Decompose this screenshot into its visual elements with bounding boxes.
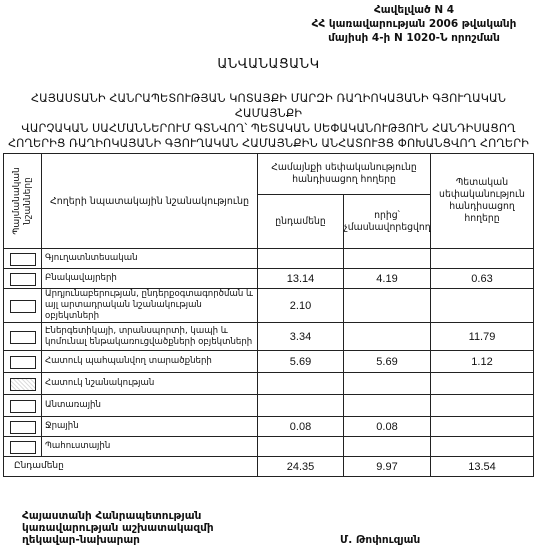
table-row: Արդյունաբերության, ընդերքօգտագործման և ա… — [4, 289, 534, 323]
table-row: Պահուստային — [4, 437, 534, 457]
document-title: ԱՆՎԱՆԱՑԱՆԿ — [0, 57, 537, 72]
legend-symbol-cell — [4, 395, 42, 417]
value-total: 2.10 — [258, 289, 344, 323]
legend-symbol-cell — [4, 269, 42, 289]
value-nonprivatized — [344, 289, 431, 323]
header-community: Համայնքի սեփականությունը հանդիսացող հողե… — [258, 154, 431, 195]
value-state — [431, 437, 534, 457]
totals-label: Ընդամենը — [4, 457, 258, 477]
value-state — [431, 249, 534, 269]
header-community-nonprivatized: որից՝ չմասնավորեցվող — [344, 195, 431, 249]
value-state: 1.12 — [431, 351, 534, 373]
value-nonprivatized — [344, 373, 431, 395]
table-row: Բնակավայրերի13.144.190.63 — [4, 269, 534, 289]
value-nonprivatized — [344, 249, 431, 269]
legend-swatch-icon — [10, 378, 36, 391]
value-state — [431, 289, 534, 323]
header-purpose: Հողերի նպատակային նշանակությունը — [42, 154, 258, 249]
value-total — [258, 249, 344, 269]
document-subtitle: ՀԱՅԱՍՏԱՆԻ ՀԱՆՐԱՊԵՏՈՒԹՅԱՆ ԿՈՏԱՅՔԻ ՄԱՐԶԻ Ռ… — [0, 91, 537, 151]
land-table: Պայմանական նշանները Հողերի նպատակային նշ… — [3, 153, 534, 477]
header-symbols-line: նշանները — [23, 167, 34, 235]
legend-symbol-cell — [4, 373, 42, 395]
header-state: Պետական սեփականություն հանդիսացող հողերը — [431, 154, 534, 249]
land-purpose-name: Պահուստային — [42, 437, 258, 457]
value-nonprivatized — [344, 323, 431, 351]
table-row: Էներգետիկայի, տրանսպորտի, կապի և կոմունա… — [4, 323, 534, 351]
legend-swatch-icon — [10, 400, 36, 413]
table-row: Անտառային — [4, 395, 534, 417]
value-nonprivatized: 4.19 — [344, 269, 431, 289]
value-state — [431, 395, 534, 417]
totals-state: 13.54 — [431, 457, 534, 477]
value-total — [258, 437, 344, 457]
legend-swatch-icon — [10, 421, 36, 434]
value-state — [431, 417, 534, 437]
signatory-position: Հայաստանի Հանրապետության կառավարության ա… — [22, 510, 214, 546]
annex-decision-date: մայիսի 4-ի N 1020-Ն որոշման — [299, 31, 529, 45]
legend-symbol-cell — [4, 323, 42, 351]
land-purpose-name: Գյուղատնտեսական — [42, 249, 258, 269]
position-line: Հայաստանի Հանրապետության — [22, 510, 214, 522]
table-row: Հատուկ նշանակության — [4, 373, 534, 395]
value-total — [258, 395, 344, 417]
annex-number: Հավելված N 4 — [299, 3, 529, 17]
signatory-name: Մ. Թոփուզյան — [340, 534, 420, 546]
legend-swatch-icon — [10, 356, 36, 369]
land-purpose-name: Ջրային — [42, 417, 258, 437]
legend-symbol-cell — [4, 249, 42, 269]
subtitle-line: ՎԱՐՉԱԿԱՆ ՍԱՀՄԱՆՆԵՐՈՒՄ ԳՏՆՎՈՂ՝ ՊԵՏԱԿԱՆ ՍԵ… — [0, 121, 537, 136]
legend-swatch-icon — [10, 300, 36, 313]
legend-swatch-icon — [10, 273, 36, 286]
position-line: կառավարության աշխատակազմի — [22, 522, 214, 534]
legend-swatch-icon — [10, 331, 36, 344]
value-nonprivatized: 0.08 — [344, 417, 431, 437]
value-state: 11.79 — [431, 323, 534, 351]
value-state: 0.63 — [431, 269, 534, 289]
value-total: 3.34 — [258, 323, 344, 351]
value-total: 5.69 — [258, 351, 344, 373]
value-nonprivatized: 5.69 — [344, 351, 431, 373]
land-purpose-name: Անտառային — [42, 395, 258, 417]
totals-total: 24.35 — [258, 457, 344, 477]
totals-nonprivatized: 9.97 — [344, 457, 431, 477]
legend-swatch-icon — [10, 441, 36, 454]
land-purpose-name: Հատուկ պահպանվող տարածքների — [42, 351, 258, 373]
land-purpose-name: Բնակավայրերի — [42, 269, 258, 289]
header-community-total: ընդամենը — [258, 195, 344, 249]
land-purpose-name: Արդյունաբերության, ընդերքօգտագործման և ա… — [42, 289, 258, 323]
land-purpose-name: Էներգետիկայի, տրանսպորտի, կապի և կոմունա… — [42, 323, 258, 351]
annex-decision-line: ՀՀ կառավարության 2006 թվականի — [299, 17, 529, 31]
table-row: Գյուղատնտեսական — [4, 249, 534, 269]
subtitle-line: ՀԱՅԱՍՏԱՆԻ ՀԱՆՐԱՊԵՏՈՒԹՅԱՆ ԿՈՏԱՅՔԻ ՄԱՐԶԻ Ռ… — [0, 91, 537, 121]
land-purpose-name: Հատուկ նշանակության — [42, 373, 258, 395]
value-state — [431, 373, 534, 395]
legend-symbol-cell — [4, 289, 42, 323]
value-nonprivatized — [344, 395, 431, 417]
legend-swatch-icon — [10, 253, 36, 266]
value-total: 0.08 — [258, 417, 344, 437]
legend-symbol-cell — [4, 437, 42, 457]
legend-symbol-cell — [4, 417, 42, 437]
header-symbols: Պայմանական նշանները — [4, 154, 42, 249]
position-line: ղեկավար-նախարար — [22, 534, 214, 546]
value-total: 13.14 — [258, 269, 344, 289]
value-nonprivatized — [344, 437, 431, 457]
header-symbols-line: Պայմանական — [12, 167, 23, 235]
subtitle-line: ՀՈՂԵՐԻՑ ՌԱՂԻՈԿԱՅԱՆԻ ԳՅՈՒՂԱԿԱՆ ՀԱՄԱՅՆՔԻՆ … — [0, 136, 537, 151]
totals-row: Ընդամենը24.359.9713.54 — [4, 457, 534, 477]
annex-reference: Հավելված N 4 ՀՀ կառավարության 2006 թվակա… — [299, 3, 529, 45]
table-row: Ջրային0.080.08 — [4, 417, 534, 437]
legend-symbol-cell — [4, 351, 42, 373]
value-total — [258, 373, 344, 395]
table-row: Հատուկ պահպանվող տարածքների5.695.691.12 — [4, 351, 534, 373]
